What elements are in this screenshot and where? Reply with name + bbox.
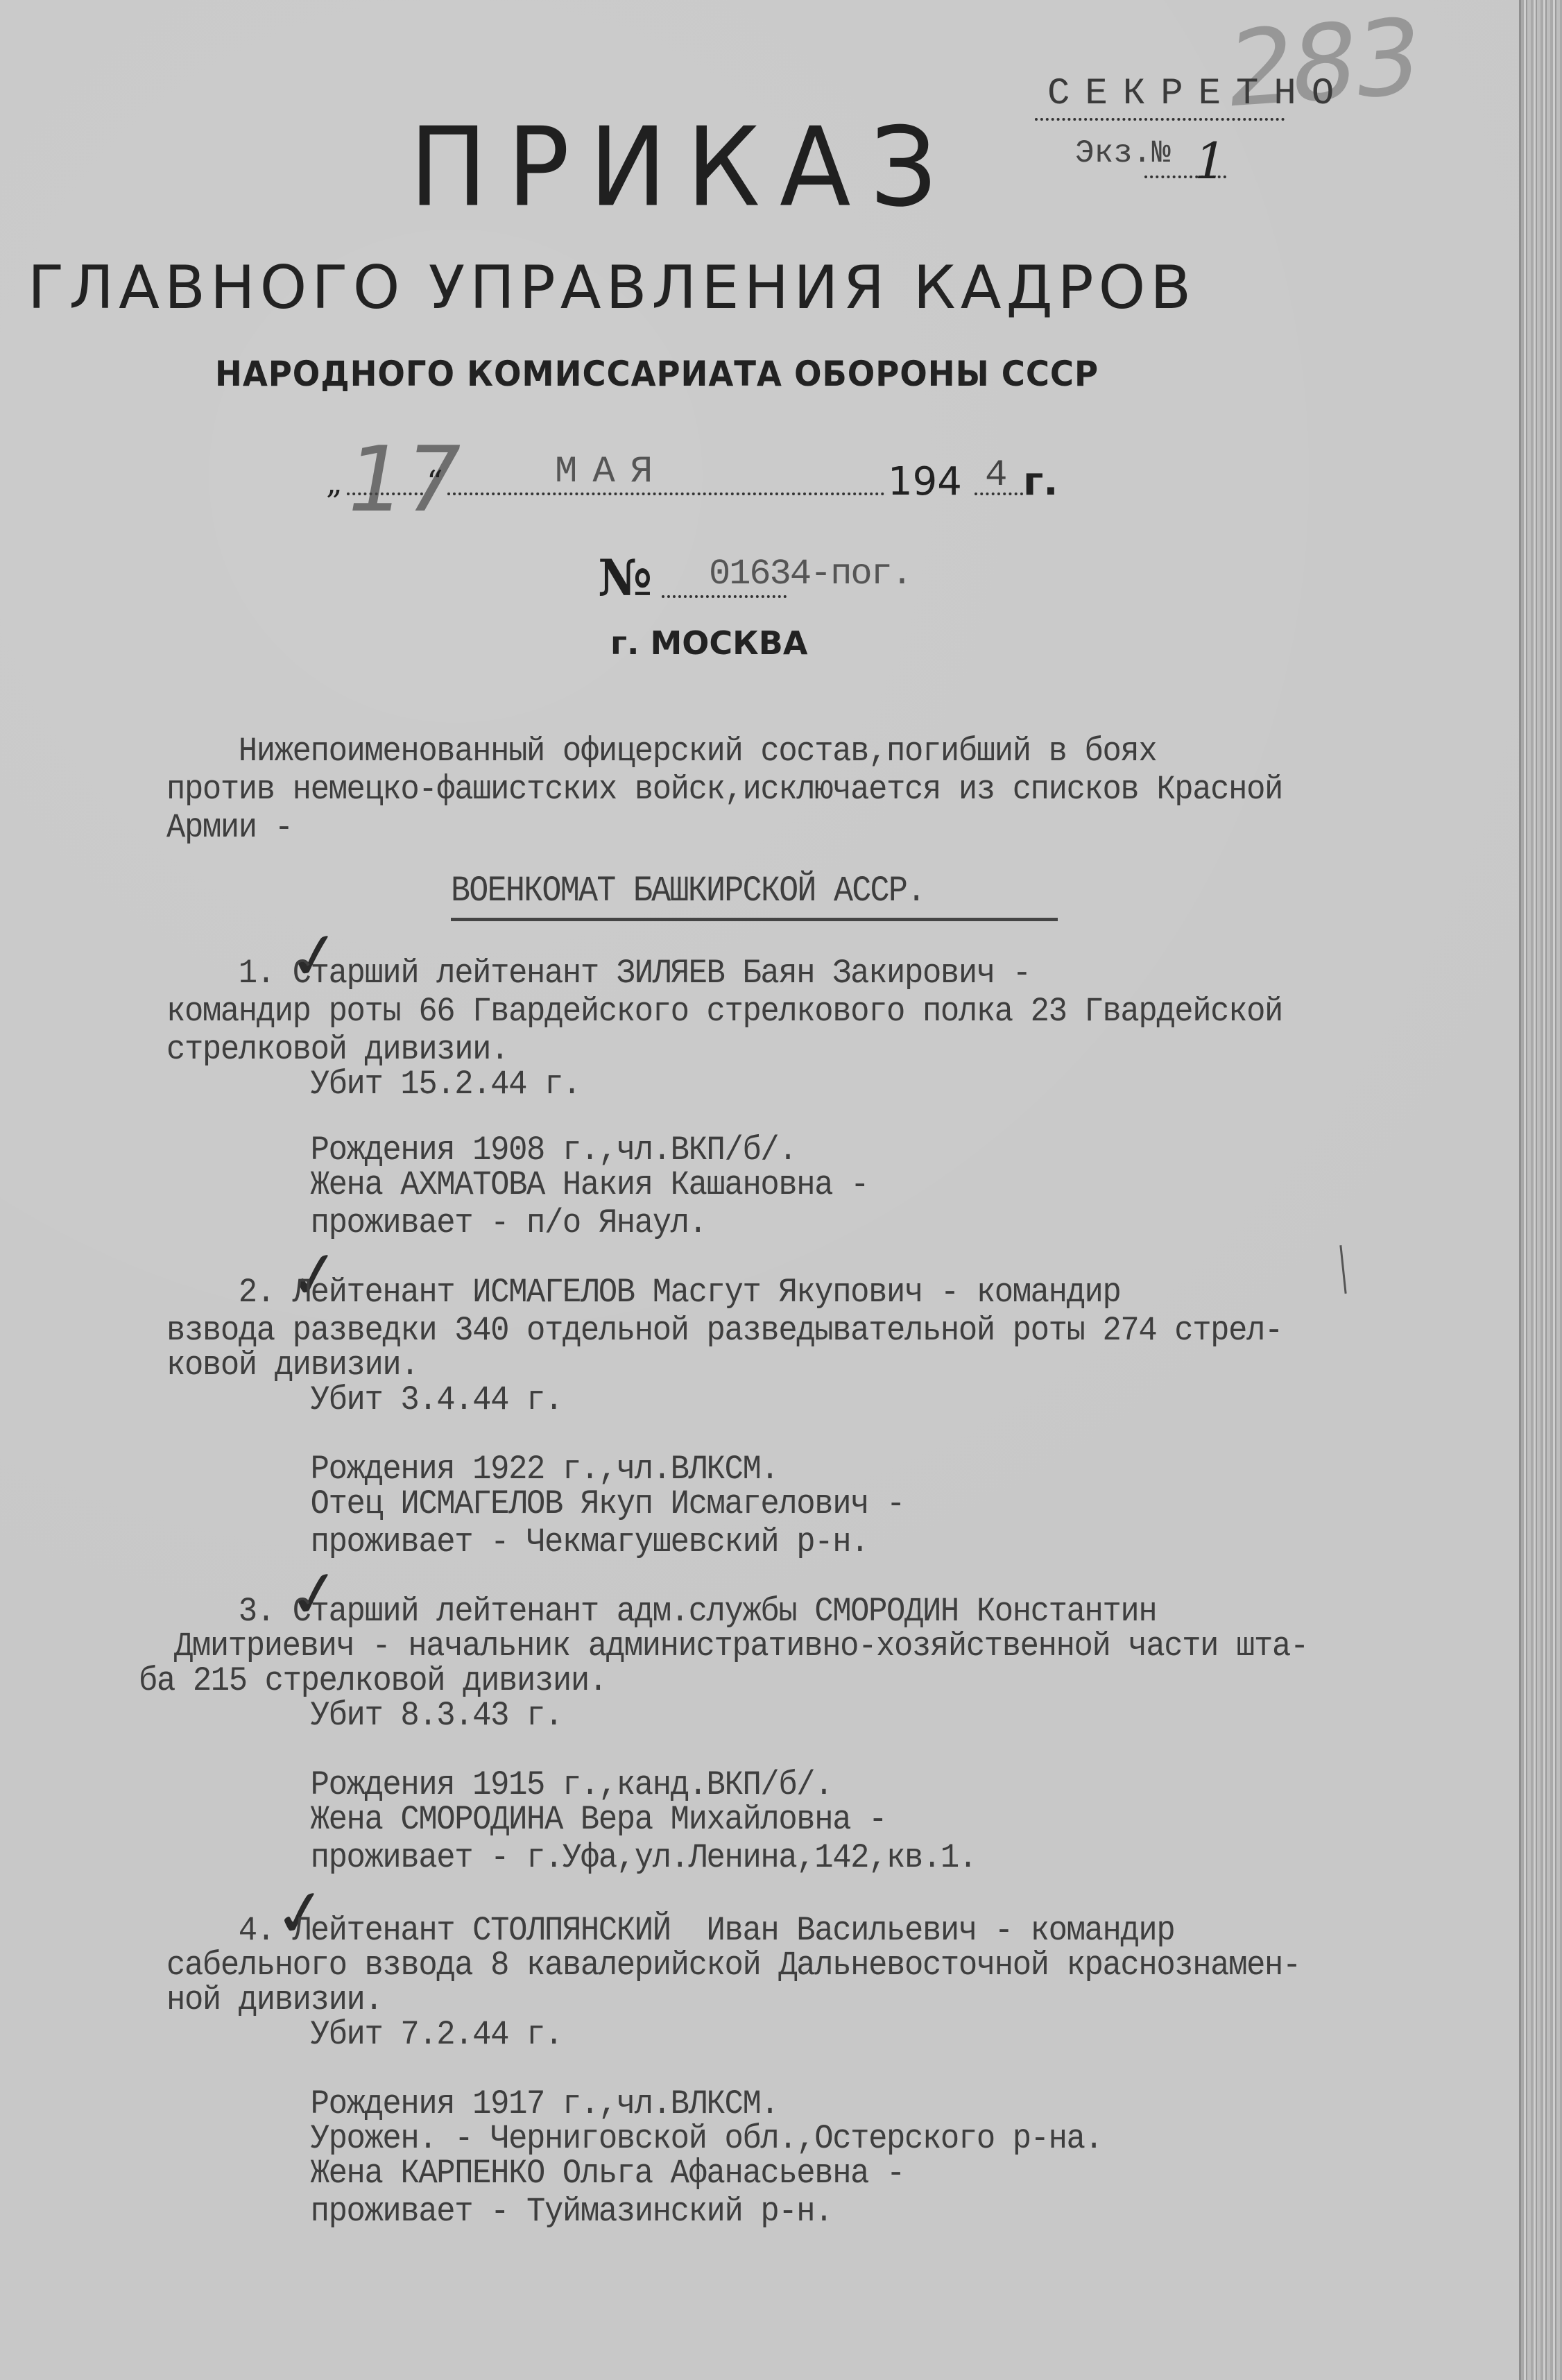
entry-2-detail: Отец ИСМАГЕЛОВ Якуп Исмагелович - [166, 1484, 904, 1523]
entry-3-line: 3. Старший лейтенант адм.службы СМОРОДИН… [166, 1592, 1156, 1631]
entry-3-line: Дмитриевич - начальник административно-х… [156, 1627, 1308, 1666]
section-underline [451, 918, 1058, 921]
order-number: № 01634-пог. [598, 548, 1014, 610]
pencil-mark [1339, 1245, 1346, 1294]
entry-2-detail: проживает - Чекмагушевский р-н. [166, 1523, 868, 1561]
intro-line: Армии - [166, 808, 293, 847]
entry-4-detail: проживает - Туймазинский р-н. [166, 2192, 832, 2231]
document-subtitle: ГЛАВНОГО УПРАВЛЕНИЯ КАДРОВ [28, 253, 1196, 323]
entry-4-detail: Урожен. - Черниговской обл.,Остерского р… [166, 2119, 1102, 2158]
entry-4-line: сабельного взвода 8 кавалерийской Дальне… [166, 1946, 1301, 1985]
entry-1-detail: Рождения 1908 г.,чл.ВКП/б/. [166, 1131, 796, 1170]
entry-1-detail: Жена АХМАТОВА Накия Кашановна - [166, 1165, 868, 1204]
entry-2-death-date: Убит 3.4.44 г. [166, 1380, 563, 1419]
intro-line: против немецко-фашистских войск,исключае… [166, 770, 1282, 809]
entry-1-line: 1. Старший лейтенант ЗИЛЯЕВ Баян Закиров… [166, 954, 1031, 993]
date-year-typed: 4 [985, 454, 1007, 497]
classification-underline [1035, 118, 1285, 121]
entry-1-death-date: Убит 15.2.44 г. [166, 1065, 581, 1104]
entry-3-line: ба 215 стрелковой дивизии. [139, 1661, 607, 1700]
entry-1-detail: проживает - п/о Янаул. [166, 1204, 707, 1242]
entry-2-line: взвода разведки 340 отдельной разведыват… [166, 1311, 1282, 1350]
date-day-handwritten: 17 [338, 427, 471, 532]
date-month: МАЯ [555, 451, 668, 493]
entry-4-detail: Жена КАРПЕНКО Ольга Афанасьевна - [166, 2154, 904, 2193]
entry-2-detail: Рождения 1922 г.,чл.ВЛКСМ. [166, 1450, 778, 1489]
copy-number-value: 1 [1188, 132, 1233, 190]
entry-2-line: 2. Лейтенант ИСМАГЕЛОВ Масгут Якупович -… [166, 1273, 1120, 1312]
book-binding [1521, 0, 1562, 2380]
entry-4-detail: Рождения 1917 г.,чл.ВЛКСМ. [166, 2084, 778, 2123]
quote-close: “ [427, 463, 443, 501]
section-title: ВОЕНКОМАТ БАШКИРСКОЙ АССР. [451, 871, 925, 911]
entry-1-line: командир роты 66 Гвардейского стрелковог… [166, 992, 1282, 1031]
copy-number-label: Экз.№ [1075, 135, 1171, 171]
entry-1-line: стрелковой дивизии. [166, 1030, 508, 1069]
intro-line: Нижепоименованный офицерский состав,поги… [166, 732, 1156, 771]
entry-3-death-date: Убит 8.3.43 г. [166, 1696, 563, 1735]
entry-3-detail: Жена СМОРОДИНА Вера Михайловна - [166, 1800, 886, 1839]
order-number-dotted-line [662, 595, 787, 598]
order-date: „ 17 “ МАЯ 194 4 г. [326, 451, 1054, 513]
entry-2-line: ковой дивизии. [166, 1346, 418, 1385]
entry-4-death-date: Убит 7.2.44 г. [166, 2015, 563, 2054]
quote-open: „ [326, 463, 343, 501]
document-page: 283 СЕКРЕТНО Экз.№ 1 ПРИКАЗ ГЛАВНОГО УПР… [0, 0, 1521, 2380]
date-year-suffix: г. [1023, 459, 1058, 504]
entry-3-detail: Рождения 1915 г.,канд.ВКП/б/. [166, 1765, 832, 1804]
entry-3-detail: проживает - г.Уфа,ул.Ленина,142,кв.1. [166, 1838, 977, 1877]
date-year-printed: 194 [888, 459, 962, 504]
number-sign: № [598, 548, 652, 607]
document-title: ПРИКАЗ [409, 105, 956, 232]
entry-4-line: ной дивизии. [166, 1980, 382, 2019]
classification-label: СЕКРЕТНО [1047, 73, 1349, 115]
order-city: г. МОСКВА [610, 624, 807, 662]
document-issuer: НАРОДНОГО КОМИССАРИАТА ОБОРОНЫ СССР [215, 354, 1099, 394]
order-number-value: 01634-пог. [709, 554, 911, 594]
entry-4-line: 4. Лейтенант СТОЛПЯНСКИЙ Иван Васильевич… [166, 1911, 1174, 1950]
